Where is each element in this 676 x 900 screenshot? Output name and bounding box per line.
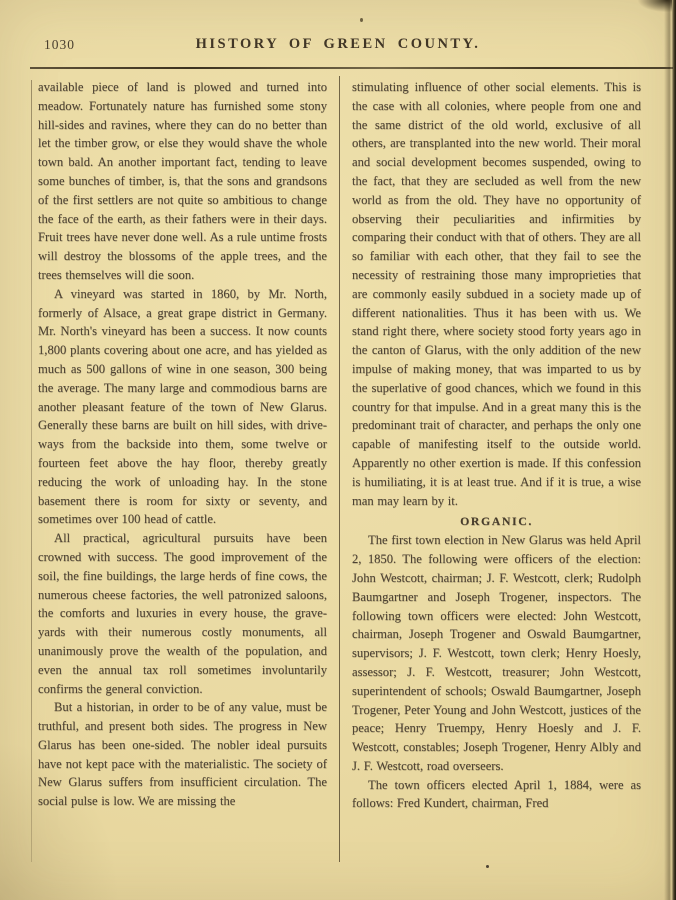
book-page: 1030 HISTORY OF GREEN COUNTY. available … — [0, 0, 676, 900]
paragraph: All practical, agricultural pursuits hav… — [38, 529, 327, 698]
paragraph: stimulating influence of other social el… — [352, 78, 641, 510]
paragraph: The town officers elected April 1, 1884,… — [352, 776, 641, 814]
right-column: stimulating influence of other social el… — [352, 78, 641, 813]
page-header: 1030 HISTORY OF GREEN COUNTY. — [0, 0, 676, 56]
column-divider — [339, 76, 340, 862]
scan-edge-shadow — [664, 0, 676, 900]
scan-speck — [486, 865, 489, 868]
section-heading: ORGANIC. — [352, 514, 641, 529]
paragraph: A vineyard was started in 1860, by Mr. N… — [38, 285, 327, 529]
running-title: HISTORY OF GREEN COUNTY. — [0, 36, 676, 53]
header-rule — [30, 67, 673, 69]
scan-corner-shadow — [0, 740, 120, 900]
left-column: available piece of land is plowed and tu… — [38, 78, 327, 813]
paragraph: available piece of land is plowed and tu… — [38, 78, 327, 285]
page-number: 1030 — [44, 37, 75, 53]
paragraph: The first town election in New Glarus wa… — [352, 531, 641, 775]
scan-crease-line — [31, 80, 32, 862]
